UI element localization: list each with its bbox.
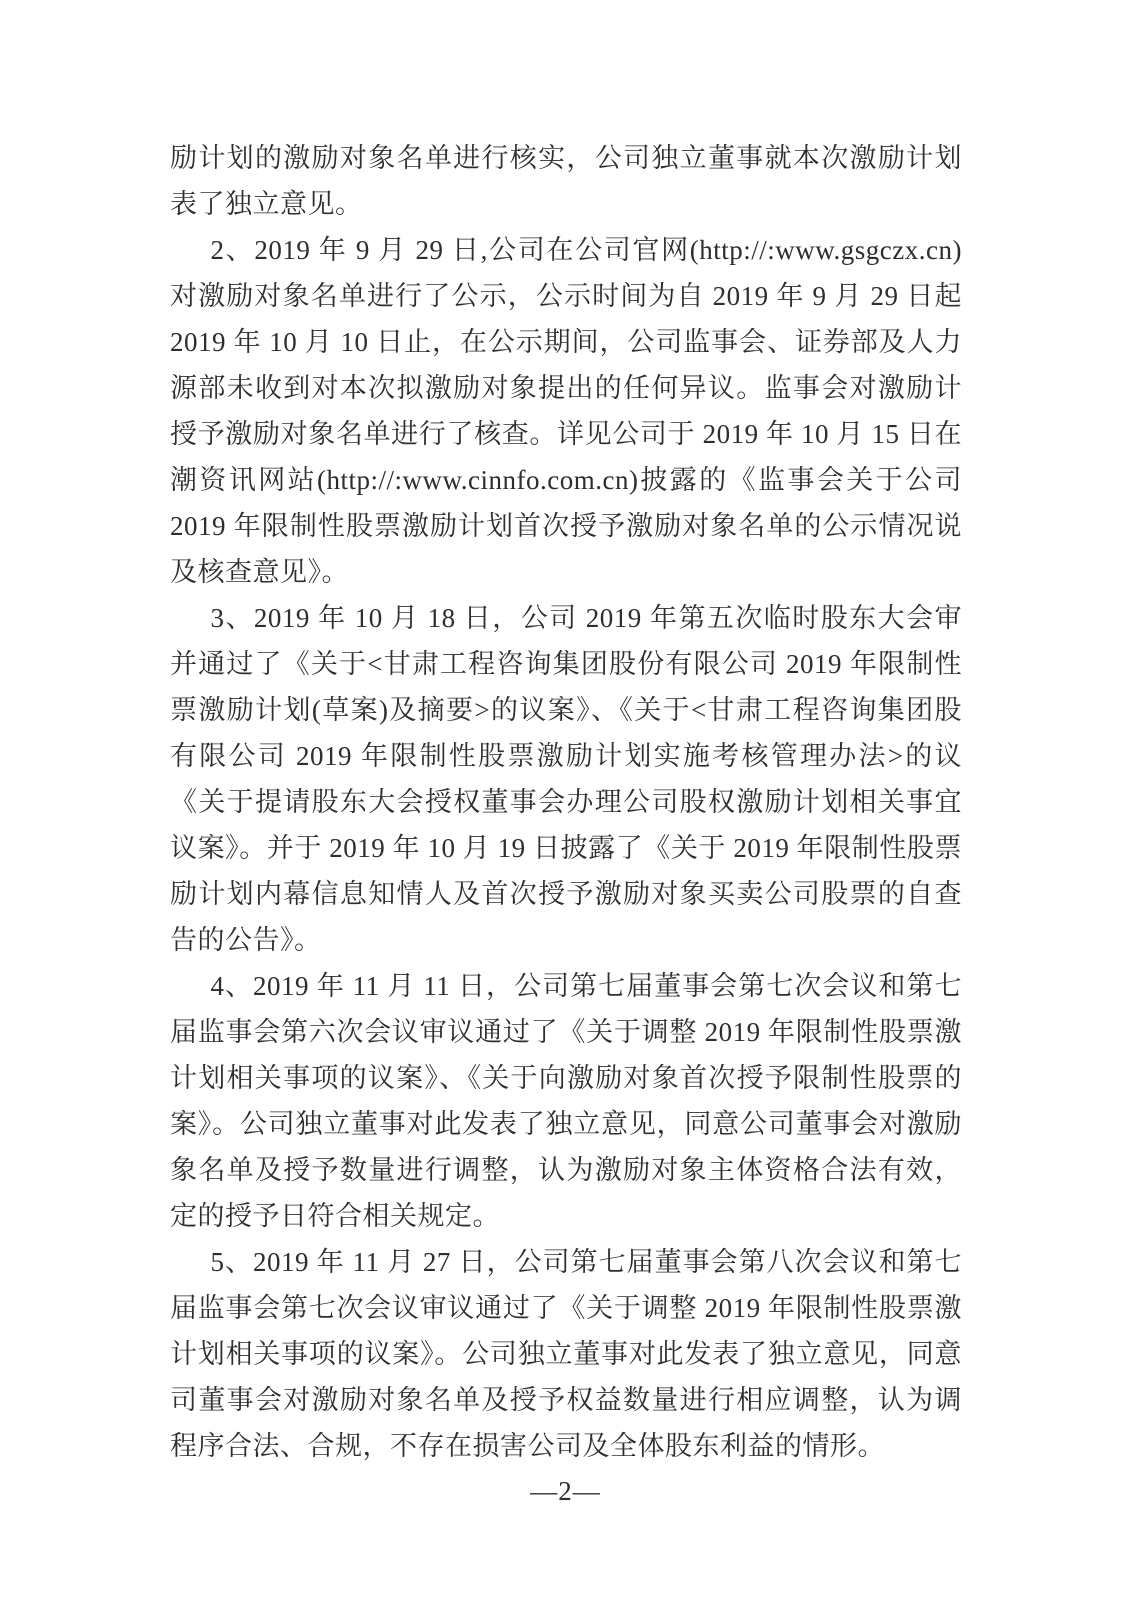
document-body: 励计划的激励对象名单进行核实，公司独立董事就本次激励计划发表了独立意见。2、20…	[170, 135, 962, 1469]
text-line: 届监事会第七次会议审议通过了《关于调整 2019 年限制性股票激励	[170, 1285, 962, 1331]
text-line: 表了独立意见。	[170, 181, 962, 227]
text-line: 源部未收到对本次拟激励对象提出的任何异议。监事会对激励计划	[170, 365, 962, 411]
text-line: 2019 年 10 月 10 日止，在公示期间，公司监事会、证券部及人力资	[170, 319, 962, 365]
text-line: 司董事会对激励对象名单及授予权益数量进行相应调整，认为调整	[170, 1377, 962, 1423]
text-line: 2、2019 年 9 月 29 日,公司在公司官网(http://:www.gs…	[170, 227, 962, 273]
text-line: 届监事会第六次会议审议通过了《关于调整 2019 年限制性股票激励	[170, 1009, 962, 1055]
text-line: 案》。公司独立董事对此发表了独立意见，同意公司董事会对激励对	[170, 1101, 962, 1147]
text-line: 程序合法、合规，不存在损害公司及全体股东利益的情形。	[170, 1423, 962, 1469]
text-line: 票激励计划(草案)及摘要>的议案》、《关于<甘肃工程咨询集团股份	[170, 687, 962, 733]
text-line: 议案》。并于 2019 年 10 月 19 日披露了《关于 2019 年限制性股…	[170, 825, 962, 871]
text-line: 对激励对象名单进行了公示，公示时间为自 2019 年 9 月 29 日起至	[170, 273, 962, 319]
text-line: 潮资讯网站(http://:www.cinnfo.com.cn)披露的《监事会关…	[170, 457, 962, 503]
text-line: 定的授予日符合相关规定。	[170, 1193, 962, 1239]
text-line: 2019 年限制性股票激励计划首次授予激励对象名单的公示情况说明	[170, 503, 962, 549]
text-line: 计划相关事项的议案》。公司独立董事对此发表了独立意见，同意公	[170, 1331, 962, 1377]
text-line: 并通过了《关于<甘肃工程咨询集团股份有限公司 2019 年限制性股	[170, 641, 962, 687]
text-line: 有限公司 2019 年限制性股票激励计划实施考核管理办法>的议案》、	[170, 733, 962, 779]
text-line: 励计划内幕信息知情人及首次授予激励对象买卖公司股票的自查报	[170, 871, 962, 917]
text-line: 励计划的激励对象名单进行核实，公司独立董事就本次激励计划发	[170, 135, 962, 181]
document-page: 励计划的激励对象名单进行核实，公司独立董事就本次激励计划发表了独立意见。2、20…	[0, 0, 1131, 1600]
text-line: 《关于提请股东大会授权董事会办理公司股权激励计划相关事宜的	[170, 779, 962, 825]
text-line: 及核查意见》。	[170, 549, 962, 595]
text-line: 3、2019 年 10 月 18 日，公司 2019 年第五次临时股东大会审议	[170, 595, 962, 641]
text-line: 4、2019 年 11 月 11 日，公司第七届董事会第七次会议和第七	[170, 963, 962, 1009]
text-line: 象名单及授予数量进行调整，认为激励对象主体资格合法有效，确	[170, 1147, 962, 1193]
page-number: —2—	[0, 1476, 1131, 1507]
text-line: 授予激励对象名单进行了核查。详见公司于 2019 年 10 月 15 日在巨	[170, 411, 962, 457]
text-line: 计划相关事项的议案》、《关于向激励对象首次授予限制性股票的议	[170, 1055, 962, 1101]
text-line: 告的公告》。	[170, 917, 962, 963]
text-line: 5、2019 年 11 月 27 日，公司第七届董事会第八次会议和第七	[170, 1239, 962, 1285]
